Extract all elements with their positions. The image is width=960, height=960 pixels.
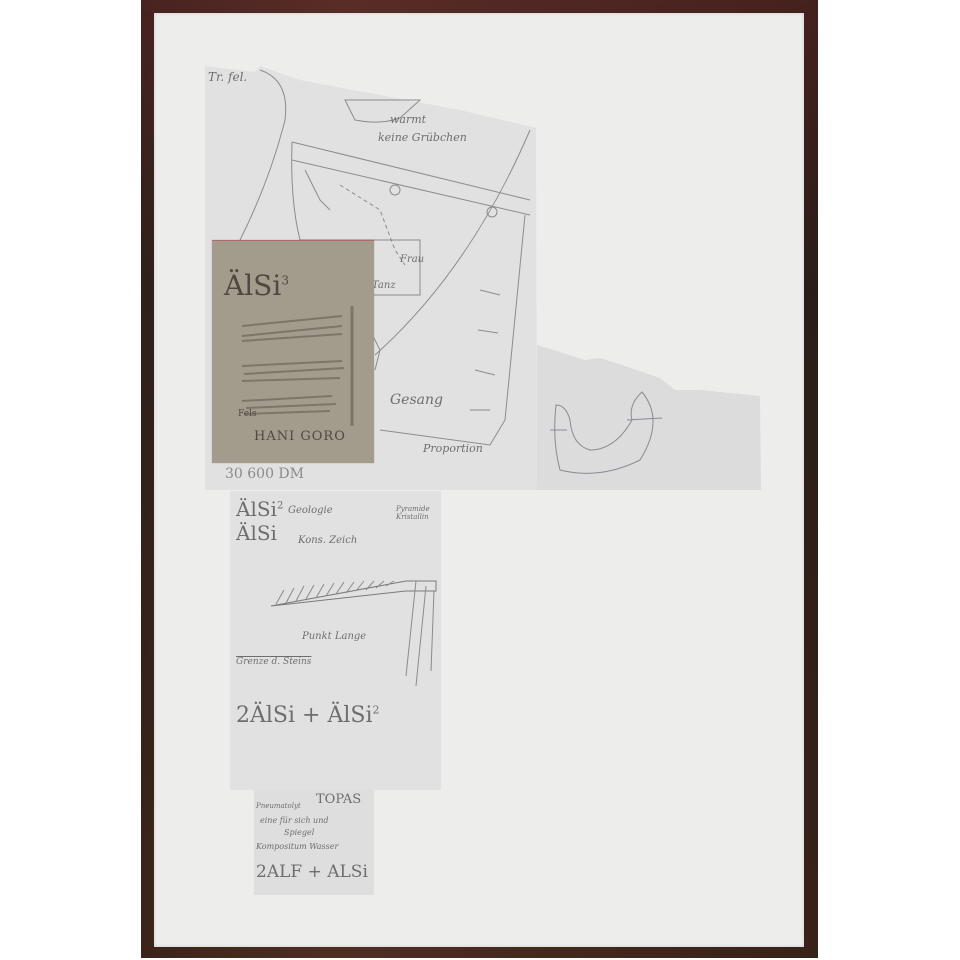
brown-card: ÄlSi3 Fels HANI GORO xyxy=(212,240,374,463)
card-small-text: Fels xyxy=(238,409,257,419)
note-proportion: Proportion xyxy=(423,442,483,455)
card-superscript: 3 xyxy=(281,274,289,288)
note-table: Tanz xyxy=(372,280,396,291)
middle-note-mid: Punkt Lange xyxy=(302,631,366,642)
middle-formula-bottom: 2ÄlSi + ÄlSi2 xyxy=(236,703,379,728)
note-boat-2: keine Grübchen xyxy=(378,131,467,144)
middle-formula-sup: 2 xyxy=(372,704,379,717)
middle-note-left: Grenze d. Steins xyxy=(236,657,311,667)
bottom-sheet: TOPAS Pneumatolyt eine für sich und Spie… xyxy=(254,790,374,895)
middle-line1: ÄlSi2 xyxy=(236,497,283,521)
bottom-formula: 2ALF + ALSi xyxy=(256,862,368,882)
bottom-line2: eine für sich und xyxy=(260,816,328,825)
label-top-left: Tr. fel. xyxy=(208,70,247,84)
top-sheet xyxy=(0,0,960,960)
card-caption: HANI GORO xyxy=(254,429,346,444)
middle-note-right: Pyramide Kristallin xyxy=(396,505,440,521)
middle-note-center: Kons. Zeich xyxy=(298,535,357,546)
middle-formula-text: 2ÄlSi + ÄlSi xyxy=(236,703,372,728)
bottom-line1: Pneumatolyt xyxy=(256,802,301,810)
note-gesture: Gesang xyxy=(390,392,443,408)
note-figure: Frau xyxy=(400,254,424,265)
bottom-title: TOPAS xyxy=(316,792,361,807)
bottom-line4: Kompositum Wasser xyxy=(256,842,338,851)
middle-line1-text: ÄlSi xyxy=(236,497,277,521)
middle-line2: ÄlSi xyxy=(236,521,277,545)
note-price: 30 600 DM xyxy=(225,466,304,482)
middle-line1-note: Geologie xyxy=(288,505,333,516)
middle-sheet: ÄlSi2 Geologie ÄlSi Pyramide Kristallin … xyxy=(230,491,441,790)
middle-line1-sup: 2 xyxy=(277,500,283,511)
bottom-line3: Spiegel xyxy=(284,828,314,837)
note-boat-1: warmt xyxy=(390,113,426,126)
